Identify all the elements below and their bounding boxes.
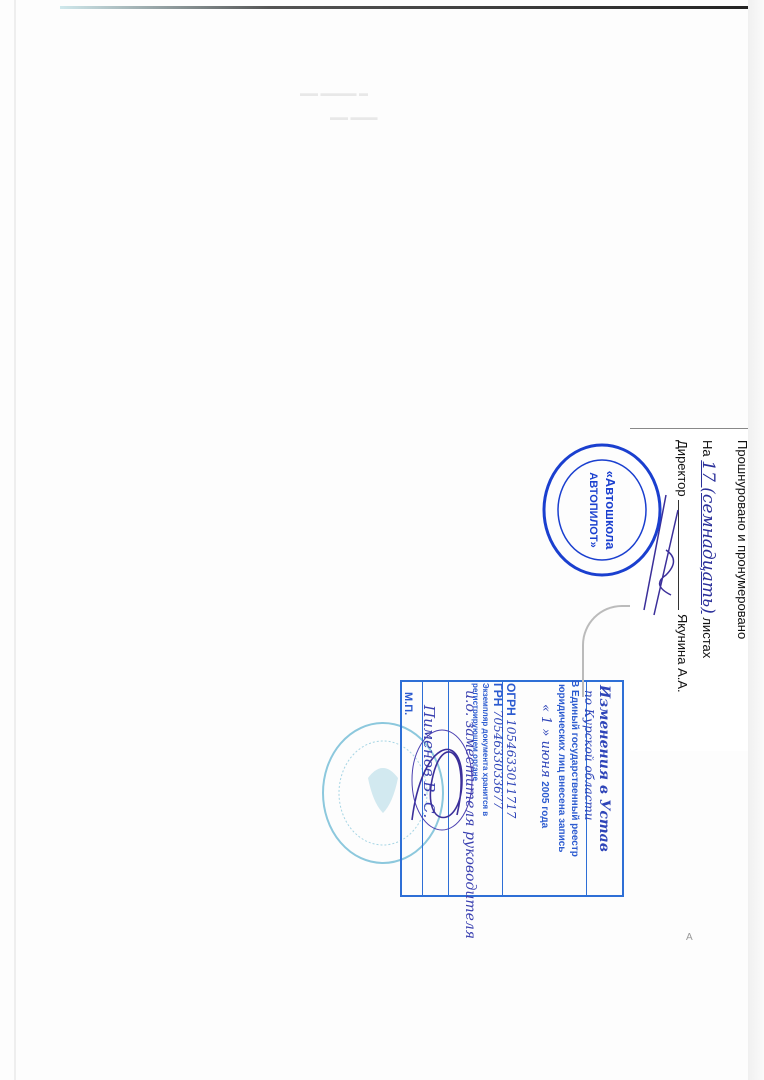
reg-copy-label: Экземпляр документа хранится в [481, 683, 490, 816]
page-mark: А [686, 932, 693, 943]
stitch-header: Прошнуровано и пронумеровано [735, 440, 750, 639]
page-left-edge [14, 0, 16, 1080]
page-right-edge [748, 0, 764, 1080]
page-top-edge [60, 6, 760, 9]
organization-seal: «Автошкола АВТОПИЛОТ» [540, 440, 665, 580]
scanned-document-page: ▬▬ ▬▬▬▬ ▬ ▬▬ ▬▬▬ Изменения в Устав по Ку… [0, 0, 764, 1080]
reg-hand-header: Изменения в Устав [596, 685, 612, 852]
seal-center-line2: АВТОПИЛОТ» [587, 472, 599, 547]
reg-line2: юридических лиц внесена запись [556, 684, 567, 852]
reg-line1: В Единый государственный реестр [569, 680, 580, 857]
stitch-sheets-line: На 17 (семнадцать) листах [698, 440, 718, 658]
bleed-through-text: ▬▬ ▬▬▬ [330, 112, 378, 122]
reg-signature [402, 720, 482, 840]
bleed-through-text: ▬▬ ▬▬▬▬ ▬ [300, 88, 368, 98]
reg-date: « 1 » июня 2005 года [538, 704, 554, 828]
reg-grn: ГРН 7054633033677 [491, 683, 505, 809]
reg-ogrn: ОГРН 1054633011717 [504, 683, 518, 818]
seal-center-line1: «Автошкола [603, 471, 618, 551]
reg-mp: М.П. [402, 692, 414, 715]
reg-hand-sub: по Курской области [582, 690, 596, 821]
